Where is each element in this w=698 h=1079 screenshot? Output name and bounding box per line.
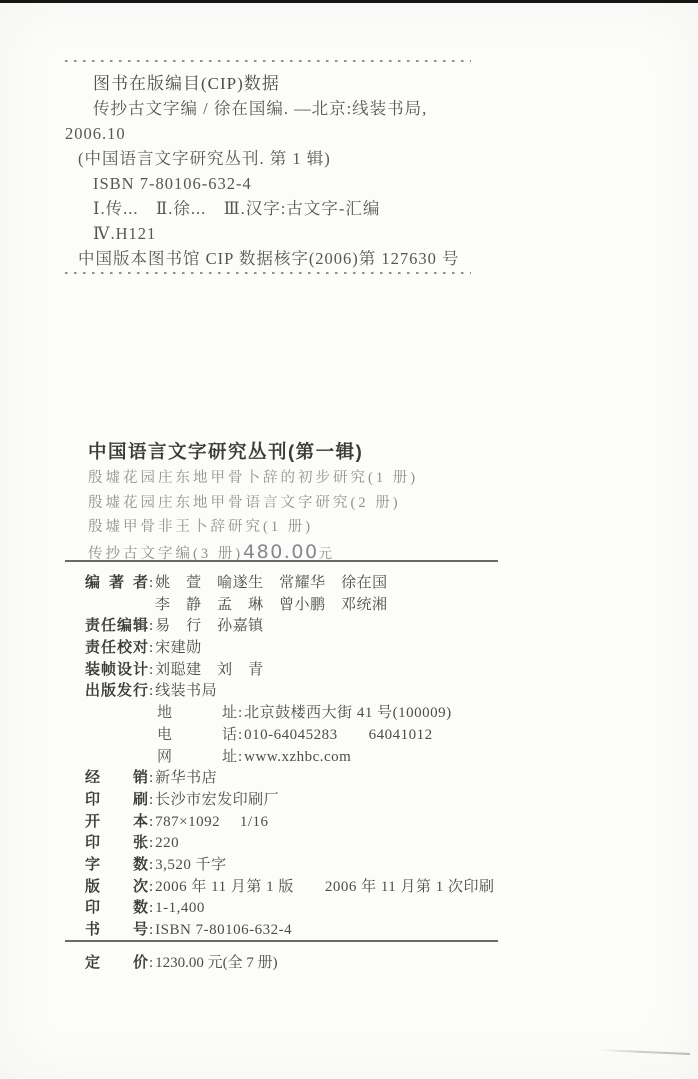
- field-label: 责任校对: [85, 636, 148, 657]
- divider-rule-lower: [65, 940, 498, 942]
- cip-classification-line: Ⅳ.H121: [65, 221, 495, 246]
- colophon-row-distributor: 经销:新华书店: [85, 766, 645, 788]
- cip-line: (中国语言文字研究丛刊. 第 1 辑): [65, 146, 495, 171]
- cip-registry-line: 中国版本图书馆 CIP 数据核字(2006)第 127630 号: [65, 246, 495, 271]
- cip-line: 传抄古文字编 / 徐在国编. —北京:线装书局,: [65, 96, 495, 121]
- series-title: 中国语言文字研究丛刊(第一辑): [88, 437, 568, 466]
- field-label: 出版发行: [85, 679, 148, 700]
- scan-top-edge: [0, 0, 698, 3]
- cip-dotted-rule-bottom: [65, 271, 471, 274]
- colophon-row-format: 开本:787×1092 1/16: [85, 810, 645, 832]
- cip-line: 2006.10: [65, 121, 495, 146]
- field-value: 220: [155, 835, 179, 851]
- field-value: 长沙市宏发印刷厂: [155, 792, 279, 808]
- field-value: 3,520 千字: [155, 857, 227, 873]
- divider-rule-upper: [65, 560, 498, 562]
- field-value: 2006 年 11 月第 1 版 2006 年 11 月第 1 次印刷: [155, 879, 494, 895]
- field-value: 1-1,400: [155, 900, 205, 916]
- yuan-suffix: 元: [319, 546, 336, 561]
- colophon-block: 编著者:姚 萱 喻遂生 常耀华 徐在国 李 静 孟 琳 曾小鹏 邓统湘 责任编辑…: [85, 571, 645, 940]
- field-label: 开本: [85, 810, 148, 831]
- field-label: 经销: [85, 766, 148, 787]
- field-value: 姚 萱 喻遂生 常耀华 徐在国: [155, 575, 388, 591]
- book-copyright-page: 图书在版编目(CIP)数据 传抄古文字编 / 徐在国编. —北京:线装书局, 2…: [0, 0, 698, 1079]
- cip-block: 图书在版编目(CIP)数据 传抄古文字编 / 徐在国编. —北京:线装书局, 2…: [65, 71, 495, 271]
- field-value: ISBN 7-80106-632-4: [155, 922, 292, 938]
- field-value: 易 行 孙嘉镇: [155, 618, 264, 634]
- field-label: 装帧设计: [85, 658, 148, 679]
- colophon-row-book-number: 书号:ISBN 7-80106-632-4: [85, 918, 645, 940]
- field-value: 刘聪建 刘 青: [155, 662, 264, 678]
- colophon-row-sheets: 印张:220: [85, 831, 645, 853]
- field-label: 书号: [85, 918, 148, 939]
- field-value: 新华书店: [155, 770, 217, 786]
- colophon-row-editors-cont: 李 静 孟 琳 曾小鹏 邓统湘: [85, 593, 645, 615]
- field-label: 责任编辑: [85, 614, 148, 635]
- scan-crease-mark: [598, 1049, 690, 1055]
- colophon-row-proofreader: 责任校对:宋建勋: [85, 636, 645, 658]
- field-label: 印张: [85, 831, 148, 852]
- field-value: 李 静 孟 琳 曾小鹏 邓统湘: [155, 597, 388, 613]
- field-label: 字数: [85, 853, 148, 874]
- price-row: 定价:1230.00 元(全 7 册): [85, 951, 278, 973]
- field-label: 电话: [157, 723, 237, 744]
- series-item-with-price: 传抄古文字编(3 册)480.00元: [88, 540, 568, 567]
- colophon-row-editors: 编著者:姚 萱 喻遂生 常耀华 徐在国: [85, 571, 645, 593]
- colophon-row-publisher: 出版发行:线装书局: [85, 679, 645, 701]
- cip-heading: 图书在版编目(CIP)数据: [65, 71, 495, 96]
- field-value: 宋建勋: [155, 640, 202, 656]
- colophon-row-website: 网址:www.xzhbc.com: [85, 745, 645, 767]
- colophon-row-designer: 装帧设计:刘聪建 刘 青: [85, 658, 645, 680]
- field-label: 定价: [85, 951, 148, 972]
- field-label: 版次: [85, 875, 148, 896]
- field-value: 线装书局: [155, 683, 217, 699]
- cip-classification-line: Ⅰ.传... Ⅱ.徐... Ⅲ.汉字:古文字-汇编: [65, 196, 495, 221]
- colophon-row-printer: 印刷:长沙市宏发印刷厂: [85, 788, 645, 810]
- field-label: 地址: [157, 701, 237, 722]
- series-item: 殷墟花园庄东地甲骨语言文字研究(2 册): [88, 491, 568, 516]
- cip-dotted-rule-top: [65, 59, 471, 62]
- field-label: 印刷: [85, 788, 148, 809]
- series-block: 中国语言文字研究丛刊(第一辑) 殷墟花园庄东地甲骨卜辞的初步研究(1 册) 殷墟…: [88, 437, 568, 566]
- field-label: 编著者: [85, 571, 148, 592]
- colophon-row-managing-editor: 责任编辑:易 行 孙嘉镇: [85, 614, 645, 636]
- field-label: 印数: [85, 896, 148, 917]
- cip-isbn-line: ISBN 7-80106-632-4: [65, 171, 495, 196]
- field-value: www.xzhbc.com: [244, 749, 351, 765]
- series-item: 殷墟甲骨非王卜辞研究(1 册): [88, 515, 568, 540]
- field-value: 787×1092 1/16: [155, 814, 268, 830]
- price-value: 1230.00 元(全 7 册): [155, 955, 278, 971]
- colophon-row-phone: 电话:010-64045283 64041012: [85, 723, 645, 745]
- colophon-row-edition: 版次:2006 年 11 月第 1 版 2006 年 11 月第 1 次印刷: [85, 875, 645, 897]
- series-item: 殷墟花园庄东地甲骨卜辞的初步研究(1 册): [88, 466, 568, 491]
- field-label: 网址: [157, 745, 237, 766]
- field-value: 北京鼓楼西大街 41 号(100009): [244, 705, 452, 721]
- field-value: 010-64045283 64041012: [244, 727, 433, 743]
- colophon-row-address: 地址:北京鼓楼西大街 41 号(100009): [85, 701, 645, 723]
- colophon-row-print-run: 印数:1-1,400: [85, 896, 645, 918]
- colophon-row-word-count: 字数:3,520 千字: [85, 853, 645, 875]
